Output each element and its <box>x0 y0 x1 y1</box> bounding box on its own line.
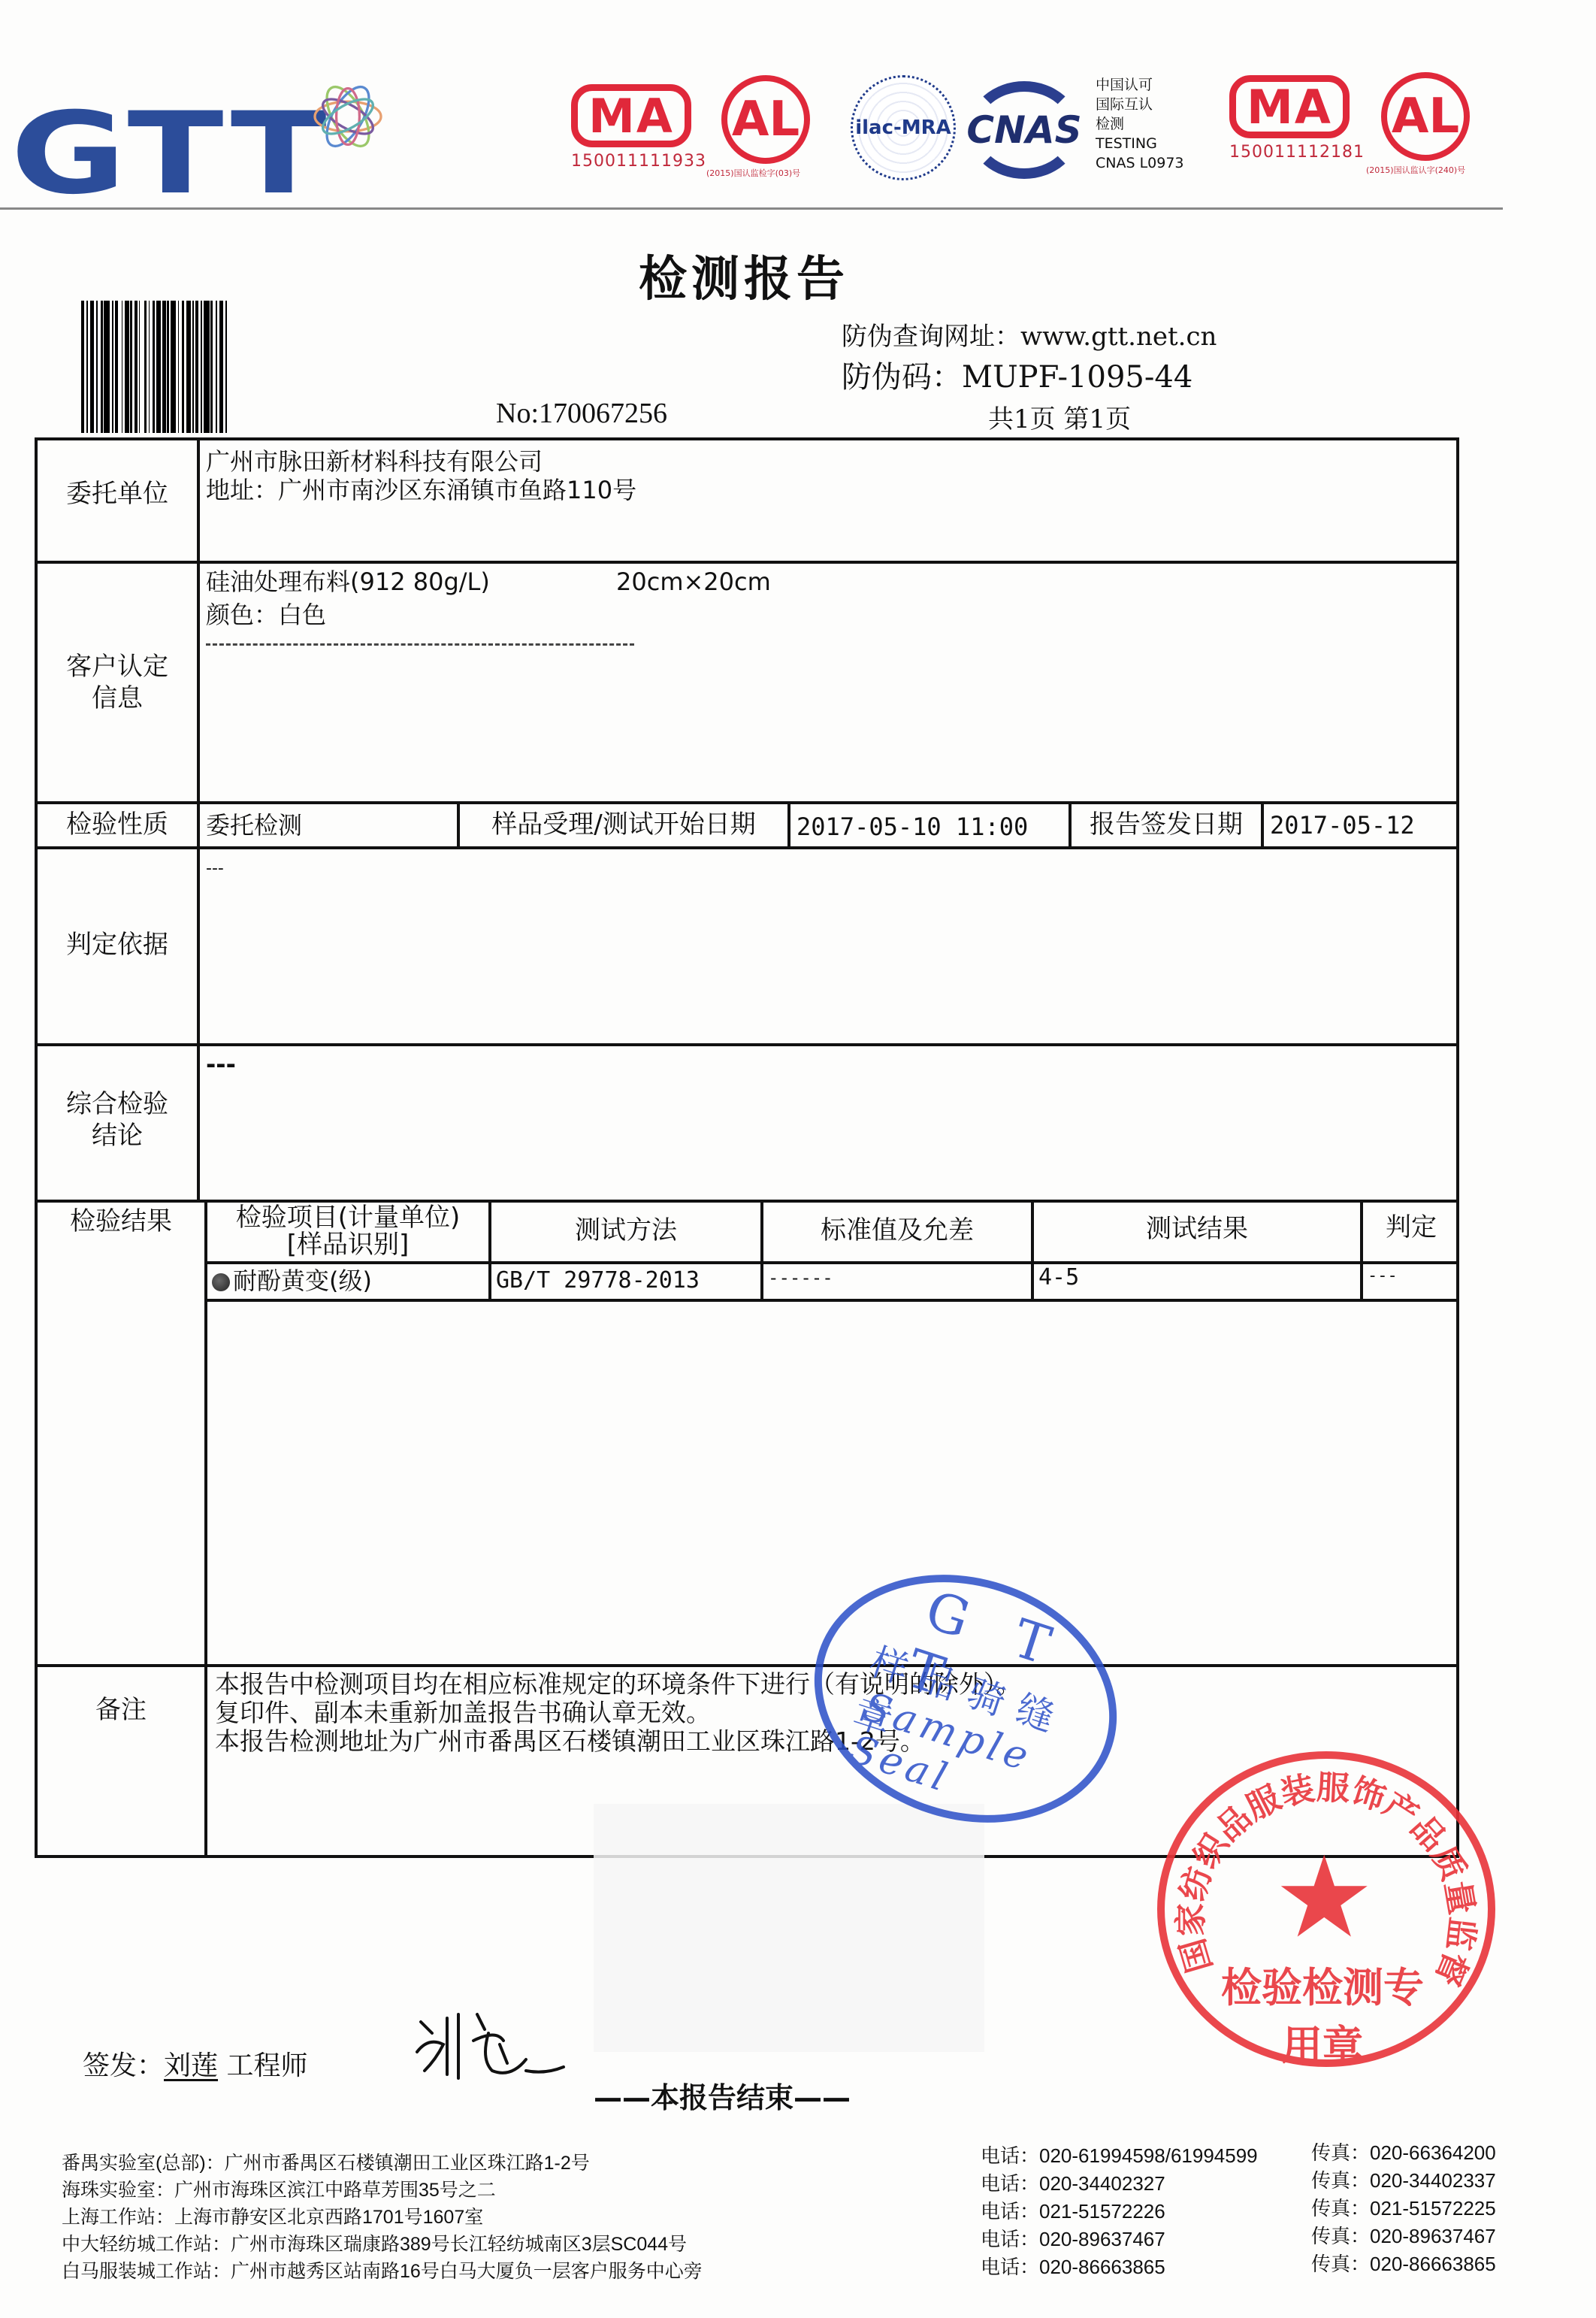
barcode-bar <box>104 301 109 433</box>
report-number: No:170067256 <box>496 397 667 430</box>
ilac-mra-icon: ilac-MRA <box>851 75 956 180</box>
conclusion-label-line: 综合检验 <box>38 1088 197 1120</box>
start-date-label: 样品受理/测试开始日期 <box>460 809 787 840</box>
cnas-line: 检测 <box>1096 114 1184 134</box>
cma-mark-icon: MA <box>571 84 691 147</box>
signoff-label: 签发： <box>83 2050 164 2081</box>
star-icon: ★ <box>1274 1841 1374 1954</box>
client-label: 委托单位 <box>38 478 197 510</box>
cnas-text: 中国认可 国际互认 检测 TESTING CNAS L0973 <box>1096 75 1184 173</box>
cma-note-2: (2015)国认监认字(240)号 <box>1366 164 1470 176</box>
client-address: 地址：广州市南沙区东涌镇市鱼路110号 <box>206 474 636 507</box>
signer-name: 刘莲 <box>164 2050 218 2081</box>
cnas-line: 中国认可 <box>1096 75 1184 95</box>
results-col-method: 测试方法 <box>491 1215 760 1246</box>
cma-cert-1: MA 150011111933 <box>571 84 706 171</box>
cnas-line: TESTING <box>1096 134 1184 153</box>
cma-number: 150011111933 <box>571 152 706 171</box>
cal-mark-icon: AL <box>1381 72 1470 161</box>
cma-cert-2: MA 150011112181 <box>1229 75 1365 162</box>
row-divider <box>204 1299 1456 1302</box>
col-divider <box>787 801 790 846</box>
signature <box>413 1999 579 2082</box>
result-verdict: --- <box>1368 1260 1398 1293</box>
cma-number: 150011112181 <box>1229 143 1365 162</box>
cnas-line: 国际互认 <box>1096 95 1184 114</box>
cal-cert-2: AL (2015)国认监认字(240)号 <box>1381 72 1470 176</box>
row-divider <box>38 1043 1456 1046</box>
address-line: 番禺实验室(总部)：广州市番禺区石楼镇潮田工业区珠江路1-2号 <box>62 2150 703 2177</box>
paper-fold-mark <box>594 1804 984 2052</box>
fax-line: 传真：020-34402337 <box>1311 2167 1496 2195</box>
cnas-cert: CNAS <box>968 81 1081 179</box>
address-line: 中大轻纺城工作站：广州市海珠区瑞康路389号长江轻纺城南区3层SC044号 <box>62 2231 703 2258</box>
table-row-item: 耐酚黄变(级) <box>212 1264 372 1297</box>
footer-faxes: 传真：020-66364200 传真：020-34402337 传真：021-5… <box>1311 2139 1496 2278</box>
fax-line: 传真：020-66364200 <box>1311 2139 1496 2167</box>
address-line: 上海工作站：上海市静安区北京西路1701号1607室 <box>62 2204 703 2231</box>
result-method: GB/T 29778-2013 <box>496 1264 700 1297</box>
result-item: 耐酚黄变(级) <box>233 1266 372 1295</box>
basis-label: 判定依据 <box>38 929 197 961</box>
results-col-result: 测试结果 <box>1034 1213 1360 1245</box>
customer-info-label-line: 信息 <box>38 682 197 714</box>
results-col-item: 检验项目(计量单位) [样品识别] <box>207 1204 488 1258</box>
conclusion-value: --- <box>206 1048 236 1081</box>
barcode-bar <box>204 301 209 433</box>
row-divider <box>38 1664 1456 1667</box>
remarks-label: 备注 <box>38 1694 204 1726</box>
customer-info-label-line: 客户认定 <box>38 651 197 682</box>
report-title: 检测报告 <box>0 241 1488 310</box>
col-divider <box>204 1664 207 1855</box>
separator-dashes <box>206 643 634 646</box>
phone-line: 电话：020-34402327 <box>981 2170 1258 2198</box>
address-line: 白马服装城工作站：广州市越秀区站南路16号白马大厦负一层客户服务中心旁 <box>62 2258 703 2285</box>
footer-phones: 电话：020-61994598/61994599 电话：020-34402327… <box>981 2142 1258 2281</box>
results-label: 检验结果 <box>38 1206 204 1237</box>
cnas-icon: CNAS <box>968 81 1081 179</box>
gtt-logo: GTT <box>11 98 331 210</box>
issue-date-label: 报告签发日期 <box>1072 809 1261 840</box>
col-divider <box>1261 801 1264 846</box>
col-divider <box>204 1200 207 1664</box>
start-date-value: 2017-05-10 11:00 <box>796 810 1028 843</box>
row-divider <box>38 801 1456 804</box>
sample-color: 颜色：白色 <box>206 598 326 631</box>
sample-size: 20cm×20cm <box>616 565 771 598</box>
verify-url[interactable]: 防伪查询网址：www.gtt.net.cn <box>842 316 1217 353</box>
phone-line: 电话：020-61994598/61994599 <box>981 2142 1258 2170</box>
results-col-standard: 标准值及允差 <box>763 1215 1031 1246</box>
signoff: 签发：刘莲 工程师 <box>83 2044 308 2083</box>
inspection-nature-label: 检验性质 <box>38 809 197 840</box>
report-table: 委托单位 广州市脉田新材料科技有限公司 地址：广州市南沙区东涌镇市鱼路110号 … <box>35 437 1459 1858</box>
cnas-line: CNAS L0973 <box>1096 153 1184 173</box>
customer-info-label: 客户认定 信息 <box>38 651 197 714</box>
signer-title: 工程师 <box>226 2050 307 2081</box>
inspection-nature-value: 委托检测 <box>206 809 302 842</box>
ilac-mra-cert: ilac-MRA <box>851 75 956 180</box>
col-header: [样品识别] <box>207 1231 488 1258</box>
fax-line: 传真：020-89637467 <box>1311 2223 1496 2250</box>
page-count: 共1页 第1页 <box>988 398 1131 435</box>
header-divider <box>0 207 1503 210</box>
cma-mark-icon: MA <box>1229 75 1350 138</box>
phone-line: 电话：021-51572226 <box>981 2198 1258 2226</box>
fax-line: 传真：020-86663865 <box>1311 2250 1496 2278</box>
col-header: 检验项目(计量单位) <box>207 1204 488 1231</box>
barcode <box>81 301 484 433</box>
stamp-text: 检验检测专用章 <box>1210 1956 1435 2071</box>
row-divider <box>38 561 1456 564</box>
barcode-bar <box>227 301 230 433</box>
verify-code: 防伪码：MUPF-1095-44 <box>842 353 1192 396</box>
barcode-bar <box>171 301 176 433</box>
result-standard: ------ <box>768 1261 833 1294</box>
sample-name: 硅油处理布料(912 80g/L) <box>206 565 490 598</box>
cal-cert-1: AL (2015)国认监检字(03)号 <box>721 75 810 179</box>
cal-mark-icon: AL <box>721 75 810 164</box>
inspection-seal-stamp: 国家纺织品服装服饰产品质量监督检验中心(广州) ★ 检验检测专用章 <box>1157 1751 1495 2067</box>
bullet-icon <box>212 1273 230 1291</box>
end-of-report: ——本报告结束—— <box>594 2074 851 2116</box>
phone-line: 电话：020-89637467 <box>981 2226 1258 2253</box>
conclusion-label: 综合检验 结论 <box>38 1088 197 1151</box>
issue-date-value: 2017-05-12 <box>1270 809 1415 842</box>
phone-line: 电话：020-86663865 <box>981 2253 1258 2281</box>
footer-addresses: 番禺实验室(总部)：广州市番禺区石楼镇潮田工业区珠江路1-2号 海珠实验室：广州… <box>62 2150 703 2285</box>
fax-line: 传真：021-51572225 <box>1311 2195 1496 2223</box>
cma-note-1: (2015)国认监检字(03)号 <box>706 167 810 179</box>
result-value: 4-5 <box>1038 1261 1079 1294</box>
conclusion-label-line: 结论 <box>38 1120 197 1151</box>
row-divider <box>38 846 1456 849</box>
address-line: 海珠实验室：广州市海珠区滨江中路草芳围35号之二 <box>62 2177 703 2204</box>
gtt-swirl-icon <box>307 75 389 158</box>
col-divider <box>197 440 200 1200</box>
basis-value: --- <box>206 852 224 885</box>
results-col-verdict: 判定 <box>1363 1212 1459 1243</box>
